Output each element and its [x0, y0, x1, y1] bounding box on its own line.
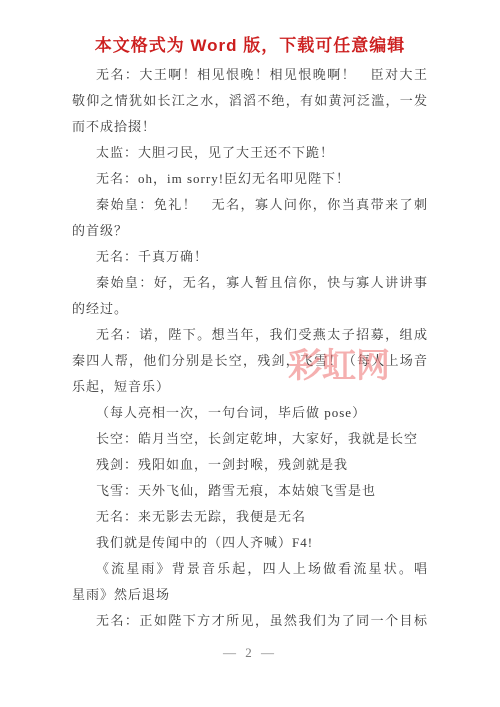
text-line: 无名：正如陛下方才所见，虽然我们为了同一个目标而: [72, 608, 428, 634]
text-line: 而不成拾掇！: [72, 114, 428, 140]
text-line: 秦始皇：免礼！ 无名，寡人问你，你当真带来了刺客: [72, 192, 428, 218]
text-line: 的经过。: [72, 296, 428, 322]
text-line: （每人亮相一次，一句台词，毕后做 pose）: [72, 400, 428, 426]
text-line: 秦始皇：好，无名，寡人暂且信你，快与寡人讲讲事情: [72, 270, 428, 296]
text-line: 无名：大王啊！相见恨晚！相见恨晚啊！ 臣对大王的: [72, 62, 428, 88]
page-number: — 2 —: [0, 645, 500, 661]
text-line: 无名：诺，陛下。想当年，我们受燕太子招募，组成刺: [72, 322, 428, 348]
text-line: 乐起，短音乐）: [72, 374, 428, 400]
text-line: 残剑：残阳如血，一剑封喉，残剑就是我: [72, 452, 428, 478]
text-line: 长空：皓月当空，长剑定乾坤，大家好，我就是长空: [72, 426, 428, 452]
document-body: 无名：大王啊！相见恨晚！相见恨晚啊！ 臣对大王的敬仰之情犹如长江之水，滔滔不绝，…: [72, 62, 428, 634]
text-line: 无名：来无影去无踪，我便是无名: [72, 504, 428, 530]
document-page: 本文格式为 Word 版，下载可任意编辑 无名：大王啊！相见恨晚！相见恨晚啊！ …: [0, 0, 500, 707]
text-line: 秦四人帮，他们分别是长空，残剑，飞雪！（每人上场音: [72, 348, 428, 374]
text-line: 敬仰之情犹如长江之水，滔滔不绝，有如黄河泛滥，一发: [72, 88, 428, 114]
text-line: 无名：千真万确！: [72, 244, 428, 270]
page-title: 本文格式为 Word 版，下载可任意编辑: [0, 31, 500, 56]
text-line: 太监：大胆刁民，见了大王还不下跪！: [72, 140, 428, 166]
text-line: 星雨》然后退场: [72, 582, 428, 608]
text-line: 飞雪：天外飞仙，踏雪无痕，本姑娘飞雪是也: [72, 478, 428, 504]
text-line: 的首级？: [72, 218, 428, 244]
text-line: 无名：oh，im sorry!臣幻无名叩见陛下！: [72, 166, 428, 192]
text-line: 我们就是传闻中的（四人齐喊）F4!: [72, 530, 428, 556]
text-line: 《流星雨》背景音乐起，四人上场做看流星状。唱《流: [72, 556, 428, 582]
